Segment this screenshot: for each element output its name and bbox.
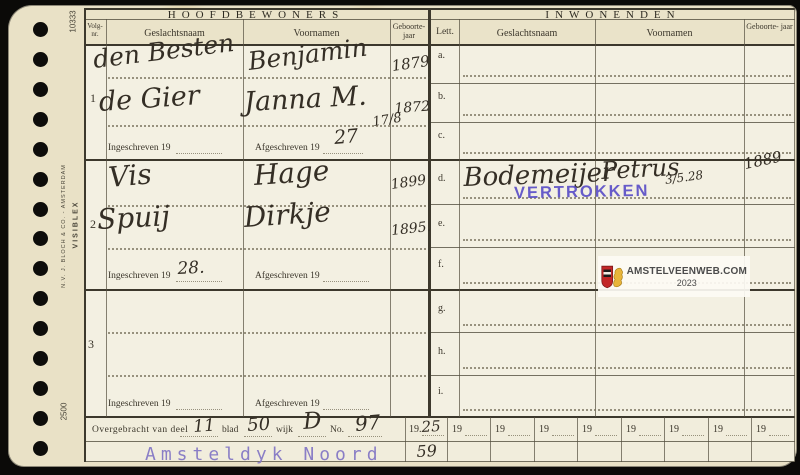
writing-line [463, 367, 791, 369]
volgnr-3: 3 [88, 337, 94, 352]
rule [431, 375, 795, 376]
punch-hole [33, 441, 48, 456]
blad-value: 50 [247, 413, 271, 436]
rule [708, 417, 709, 462]
blank [508, 435, 530, 436]
blank [323, 153, 363, 154]
writing-line [108, 77, 426, 79]
entry-voornamen: Janna M. [243, 81, 367, 118]
watermark-site: AMSTELVEENWEB.COM [627, 266, 747, 277]
lett-b: b. [438, 91, 446, 102]
punch-hole [33, 321, 48, 336]
blank [769, 435, 789, 436]
writing-line [463, 114, 791, 116]
blank [465, 435, 487, 436]
overgebracht-label: Overgebracht van deel [92, 425, 188, 435]
rule [664, 417, 665, 462]
rule [431, 204, 795, 205]
card-print-number: 2500 [60, 393, 69, 431]
writing-line [463, 324, 791, 326]
year-cell: 19 [713, 424, 723, 435]
entry-geslachtsnaam: Vis [107, 157, 153, 194]
punch-hole [33, 351, 48, 366]
rule [405, 417, 406, 462]
watermark-text: AMSTELVEENWEB.COM 2023 [627, 266, 747, 288]
rule [534, 417, 535, 462]
punch-hole [33, 82, 48, 97]
year-cell: 19 [539, 424, 549, 435]
writing-line [108, 375, 426, 377]
wijk-value: D [302, 408, 322, 435]
col-volgnr: Volg- nr. [84, 22, 106, 38]
year-cell: 19 [626, 424, 636, 435]
col-geslachtsnaam-right: Geslachtsnaam [459, 28, 595, 40]
writing-line [108, 248, 426, 250]
no-label: No. [330, 425, 344, 435]
rule [595, 19, 596, 417]
card-brand-sub: N.V. J. BLOCH & CO. - AMSTERDAM [61, 156, 67, 296]
lett-c: c. [438, 130, 445, 141]
entry-voornamen: Dirkje [243, 195, 332, 234]
col-geboortejaar-right: Geboorte- jaar [744, 22, 795, 31]
punch-hole [33, 261, 48, 276]
ingeschreven-value: 28. [177, 258, 205, 279]
amstelveen-coat-of-arms-icon [601, 262, 623, 292]
year-cell-value: 25 [421, 417, 441, 436]
entry-geslachtsnaam: Spuij [96, 199, 170, 236]
house-number: 59 [416, 441, 437, 461]
year-cell: 19 [452, 424, 462, 435]
punch-hole [33, 202, 48, 217]
afgeschreven-label: Afgeschreven 19 [255, 271, 320, 281]
ingeschreven-label: Ingeschreven 19 [108, 399, 171, 409]
blank [176, 281, 222, 282]
right-table-title: INWONENDEN [431, 9, 795, 21]
lett-e: e. [438, 218, 445, 229]
lett-i: i. [438, 386, 443, 397]
lett-a: a. [438, 50, 445, 61]
afgeschreven-label: Afgeschreven 19 [255, 143, 320, 153]
watermark-year: 2023 [677, 278, 697, 288]
rule [621, 417, 622, 462]
blank [639, 435, 661, 436]
punch-hole [33, 231, 48, 246]
blank [323, 281, 369, 282]
blank [726, 435, 747, 436]
punch-hole [33, 52, 48, 67]
writing-line [463, 239, 791, 241]
rule [431, 247, 795, 248]
lett-h: h. [438, 346, 446, 357]
rule [577, 417, 578, 462]
watermark: AMSTELVEENWEB.COM 2023 [598, 256, 750, 297]
punch-hole [33, 22, 48, 37]
ingeschreven-label: Ingeschreven 19 [108, 143, 171, 153]
rule [84, 8, 86, 462]
address-stamp: Amsteldyk Noord [145, 444, 383, 465]
rule [431, 122, 795, 123]
blank [244, 436, 272, 437]
no-value: 97 [354, 410, 381, 436]
rule [459, 19, 460, 417]
year-cell: 19 [582, 424, 592, 435]
volgnr-2: 2 [90, 217, 96, 232]
ingeschreven-label: Ingeschreven 19 [108, 271, 171, 281]
afgeschreven-value: 27 [333, 125, 359, 149]
blank [298, 436, 326, 437]
year-cell: 19 [495, 424, 505, 435]
punch-hole [33, 291, 48, 306]
punch-hole [33, 411, 48, 426]
col-voornamen-right: Voornamen [595, 28, 744, 40]
wijk-label: wijk [276, 425, 293, 435]
card-serial-number: 10333 [69, 3, 78, 41]
volgnr-1: 1 [90, 91, 96, 106]
scanned-registration-card-page: { "margin": { "top_number": "10333", "br… [0, 0, 800, 475]
col-lett: Lett. [431, 27, 459, 38]
col-geboortejaar-left: Geboorte- jaar [390, 22, 428, 40]
writing-line [463, 75, 791, 77]
blad-label: blad [222, 425, 238, 435]
blank [348, 436, 382, 437]
rule [431, 332, 795, 333]
blank [323, 409, 369, 410]
card-brand: VISIBLEX [73, 166, 80, 284]
punch-hole [33, 381, 48, 396]
blank [682, 435, 704, 436]
writing-line [463, 152, 791, 154]
rule [751, 417, 752, 462]
vertrokken-stamp: VERTROKKEN [514, 182, 650, 203]
blank [176, 409, 222, 410]
rule [447, 417, 448, 462]
year-cell-prefix: 19. [409, 424, 422, 435]
lett-g: g. [438, 303, 446, 314]
entry-voornamen: Hage [253, 154, 331, 192]
punch-holes [33, 22, 48, 456]
rule [84, 441, 795, 442]
writing-line [463, 409, 791, 411]
rule [490, 417, 491, 462]
blank [552, 435, 574, 436]
lett-d: d. [438, 173, 446, 184]
rule [794, 8, 795, 462]
rule [431, 83, 795, 84]
year-cell: 19 [756, 424, 766, 435]
punch-hole [33, 142, 48, 157]
registration-card: 10333 VISIBLEX N.V. J. BLOCH & CO. - AMS… [8, 5, 797, 467]
writing-line [108, 332, 426, 334]
rule [84, 159, 795, 161]
left-table-title: HOOFDBEWONERS [84, 9, 428, 21]
punch-hole [33, 172, 48, 187]
deel-value: 11 [193, 416, 216, 437]
lett-f: f. [438, 259, 444, 270]
rule [744, 19, 745, 417]
year-cell: 19 [669, 424, 679, 435]
blank [176, 153, 222, 154]
blank [595, 435, 617, 436]
punch-hole [33, 112, 48, 127]
